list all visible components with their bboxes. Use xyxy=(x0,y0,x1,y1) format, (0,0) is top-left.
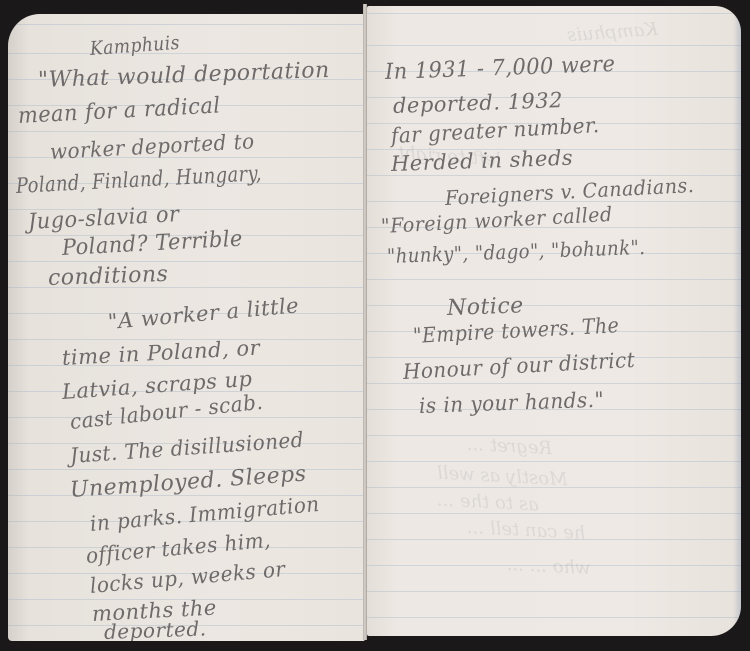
handwritten-line: conditions xyxy=(48,262,169,291)
left-page: Kamphuis "What would deportation mean fo… xyxy=(8,14,365,641)
bleed-through-text: Regret ... xyxy=(467,434,553,459)
notebook-spread: Kamphuis "What would deportation mean fo… xyxy=(0,0,750,651)
page-edge xyxy=(733,6,741,636)
bleed-through-text: who ... ... xyxy=(507,554,592,579)
handwritten-line: Notice xyxy=(447,293,525,321)
right-page: Kamphuis left to right Regret ... Mostly… xyxy=(367,6,741,636)
handwritten-line: deported. xyxy=(104,616,207,641)
